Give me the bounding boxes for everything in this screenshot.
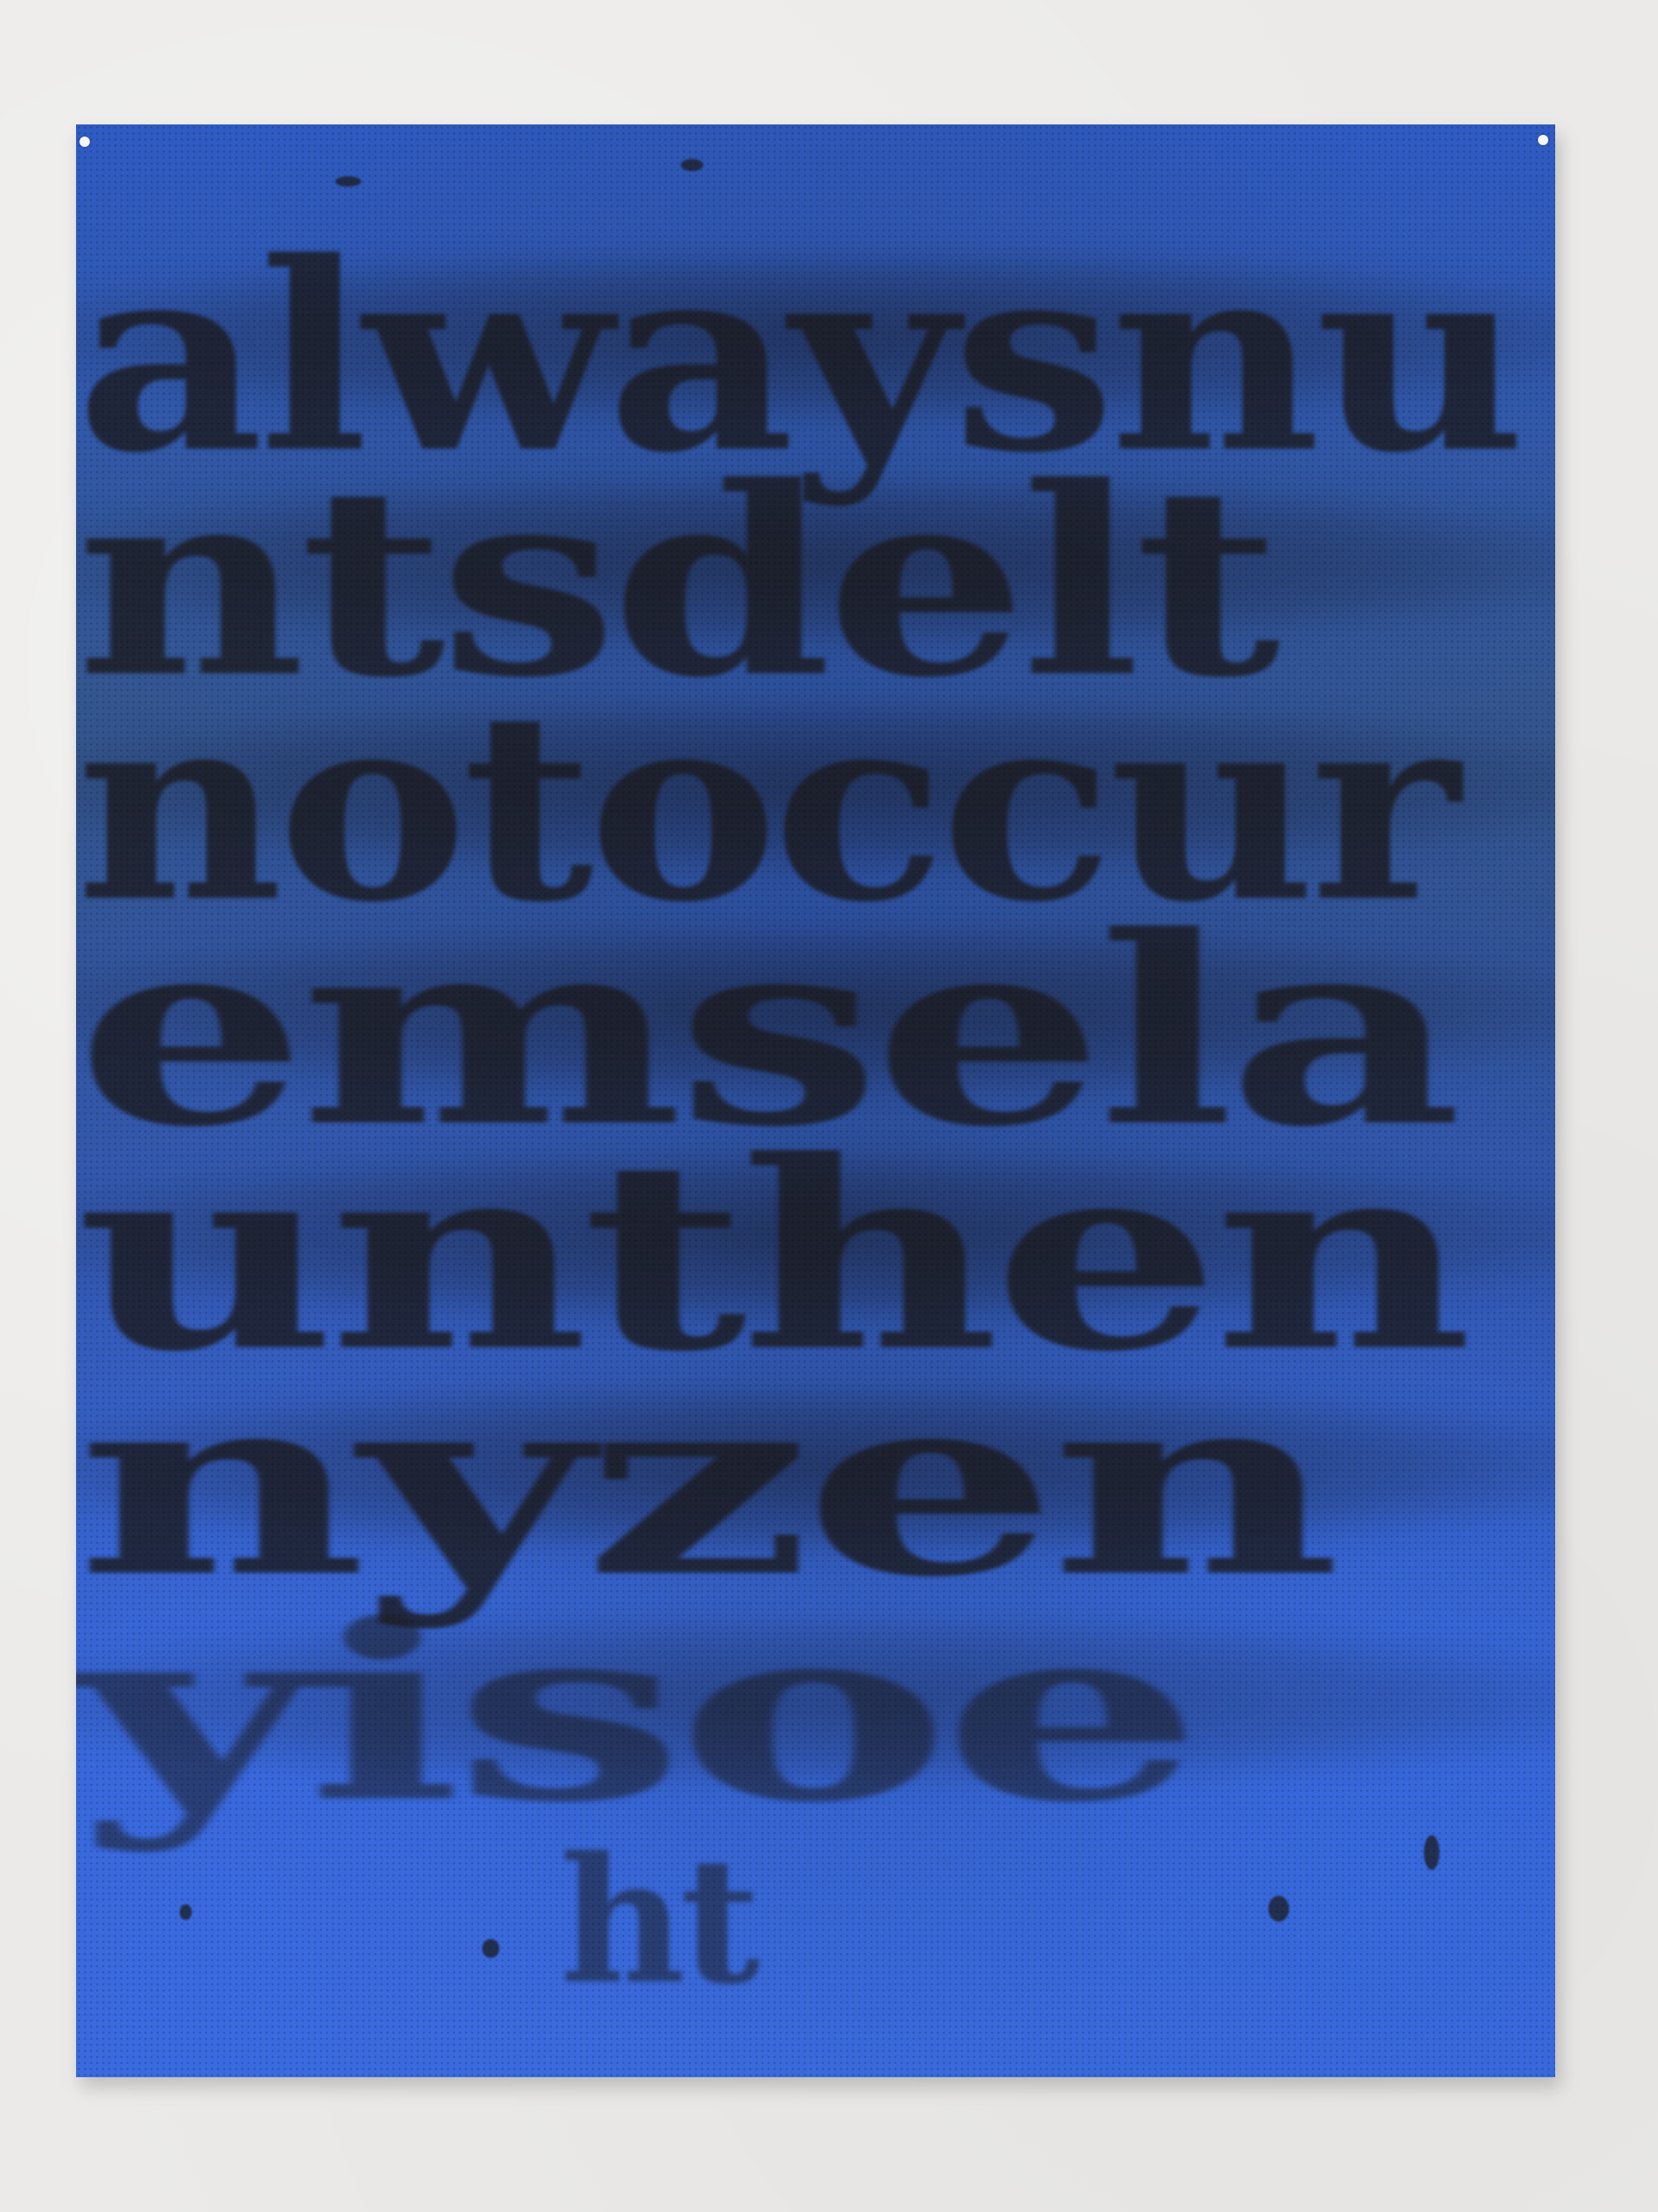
- blue-paper-artwork: alwaysnu ntsdelt notoccur emsela unthen …: [76, 124, 1555, 2077]
- pin-hole-top-left: [79, 137, 90, 147]
- paper-texture: [76, 124, 1555, 2077]
- pin-hole-top-right: [1538, 135, 1548, 145]
